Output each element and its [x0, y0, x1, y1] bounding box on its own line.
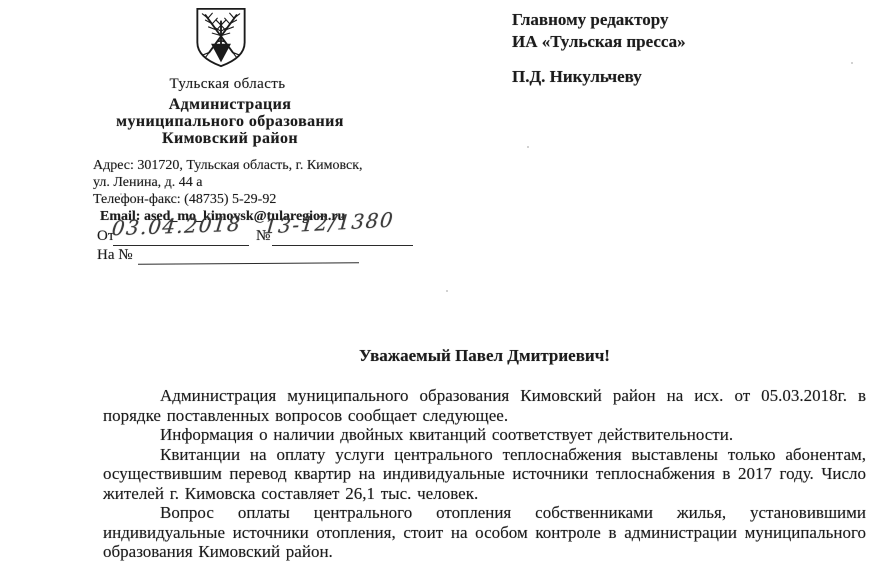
scanned-letter-page: Тульская область Администрация муниципал…: [0, 0, 880, 574]
reply-ref-blank-line: [138, 262, 359, 265]
letter-body: Уважаемый Павел Дмитриевич! Администраци…: [103, 346, 866, 562]
phone-fax-line: Телефон-факс: (48735) 5-29-92: [93, 191, 423, 208]
body-paragraph-3: Квитанции на оплату услуги центрального …: [103, 445, 866, 504]
body-paragraph-2: Информация о наличии двойных квитанций с…: [103, 425, 866, 445]
address-line-1: Адрес: 301720, Тульская область, г. Кимо…: [93, 157, 423, 174]
org-line-3: Кимовский район: [60, 130, 400, 147]
region-name: Тульская область: [95, 76, 360, 93]
incoming-ref-row: На №: [97, 247, 427, 269]
number-blank-line: [272, 245, 413, 246]
address-line-2: ул. Ленина, д. 44 а: [93, 174, 423, 191]
organization-name: Администрация муниципального образования…: [60, 96, 400, 147]
reply-ref-label: На №: [97, 247, 133, 264]
scan-speck: [120, 193, 122, 195]
scan-speck: [446, 290, 448, 292]
scan-speck: [340, 398, 342, 400]
salutation: Уважаемый Павел Дмитриевич!: [103, 346, 866, 366]
org-line-1: Администрация: [60, 96, 400, 113]
handwritten-date: 03.04.2018: [111, 212, 243, 241]
coat-of-arms-icon: [193, 6, 249, 69]
recipient-name: П.Д. Никульчеву: [512, 66, 852, 88]
org-line-2: муниципального образования: [60, 113, 400, 130]
scan-speck: [527, 146, 529, 148]
body-paragraph-1: Администрация муниципального образования…: [103, 386, 866, 425]
recipient-block: Главному редактору ИА «Тульская пресса» …: [512, 9, 852, 88]
scan-speck: [851, 62, 853, 64]
body-paragraph-4: Вопрос оплаты центрального отопления соб…: [103, 503, 866, 562]
recipient-line-2: ИА «Тульская пресса»: [512, 31, 852, 53]
recipient-line-1: Главному редактору: [512, 9, 852, 31]
from-blank-line: [113, 245, 249, 246]
